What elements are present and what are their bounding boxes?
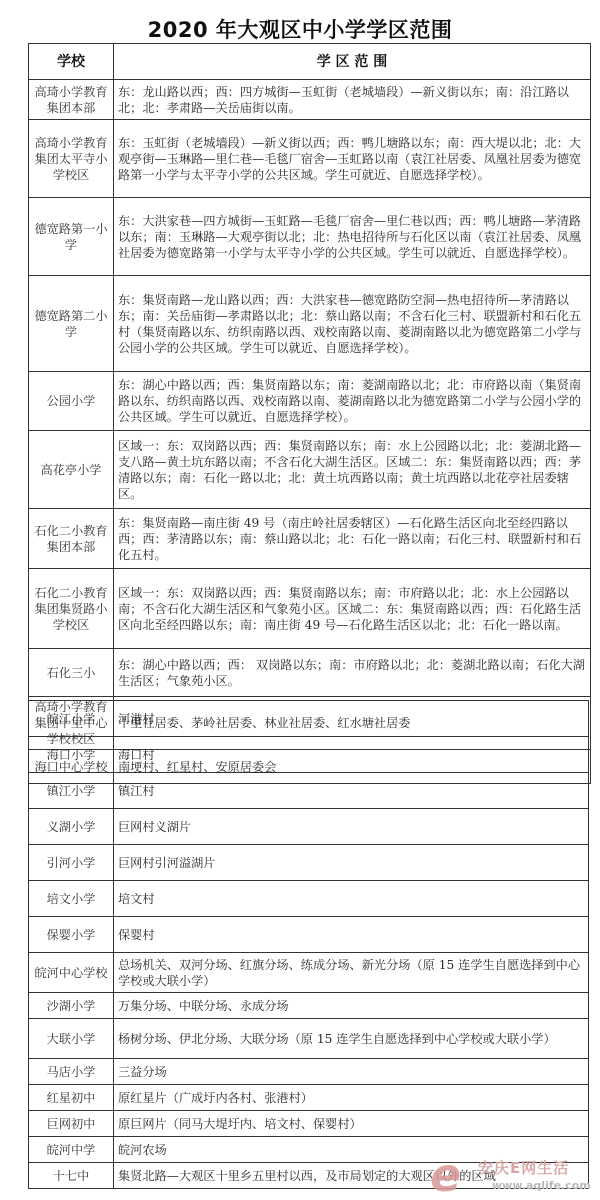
school-name-cell: 大联小学 [29, 1019, 114, 1059]
table-row: 高花亭小学区域一：东：双岗路以西；西：集贤南路以东；南：水上公园路以北；北：菱湖… [29, 431, 591, 509]
table-row: 石化三小东：湖心中路以西；西： 双岗路以东；南：市府路以北；北：菱湖北路以南；石… [29, 649, 591, 697]
district-area-cell: 总场机关、双河分场、红旗分场、练成分场、新光分场（原 15 连学生自愿选择到中心… [114, 953, 589, 993]
school-name-cell: 石化二小教育集团集贤路小学校区 [29, 569, 114, 649]
table-row: 培文小学培文村 [29, 881, 589, 917]
watermark-logo-icon: e [430, 1155, 461, 1195]
table-row: 皖河中心学校总场机关、双河分场、红旗分场、练成分场、新光分场（原 15 连学生自… [29, 953, 589, 993]
district-area-cell: 三益分场 [114, 1059, 589, 1085]
table-row: 高琦小学教育集团本部东：龙山路以西；西：四方城街—玉虹街（老城墙段）—新义街以东… [29, 80, 591, 120]
table-row: 德宽路第一小学东：大洪家巷—四方城街—玉虹路—毛毯厂宿舍—里仁巷以西；西：鸭儿塘… [29, 198, 591, 276]
school-name-cell: 石化二小教育集团本部 [29, 509, 114, 569]
table-row: 皖江小学河港村 [29, 701, 589, 737]
district-area-cell: 巨网村义湖片 [114, 809, 589, 845]
school-name-cell: 巨网初中 [29, 1111, 114, 1137]
urban-district-table: 学校 学 区 范 围 高琦小学教育集团本部东：龙山路以西；西：四方城街—玉虹街（… [28, 43, 591, 784]
district-area-cell: 东：湖心中路以西；西： 双岗路以东；南：市府路以北；北：菱湖北路以南；石化大湖生… [114, 649, 591, 697]
district-area-cell: 东：玉虹街（老城墙段）—新义街以西；西：鸭儿塘路以东；南：西大堤以北；北：大观亭… [114, 120, 591, 198]
watermark: e 安庆E网生活 www.aqlife.com [430, 1155, 600, 1200]
table-row: 巨网初中原巨网片（同马大堤圩内、培文村、保婴村） [29, 1111, 589, 1137]
table-row: 石化二小教育集团集贤路小学校区区域一：东：双岗路以西；西：集贤南路以东；南：市府… [29, 569, 591, 649]
district-area-cell: 河港村 [114, 701, 589, 737]
school-name-cell: 高琦小学教育集团本部 [29, 80, 114, 120]
table-row: 引河小学巨网村引河溢湖片 [29, 845, 589, 881]
table-row: 石化二小教育集团本部东：集贤南路—南庄街 49 号（南庄岭社居委辖区）—石化路生… [29, 509, 591, 569]
table-row: 义湖小学巨网村义湖片 [29, 809, 589, 845]
table-row: 保婴小学保婴村 [29, 917, 589, 953]
school-name-cell: 德宽路第一小学 [29, 198, 114, 276]
school-name-cell: 镇江小学 [29, 773, 114, 809]
district-area-cell: 保婴村 [114, 917, 589, 953]
district-area-cell: 东：湖心中路以西；西：集贤南路以东；南：菱湖南路以北；北：市府路以南（集贤南路以… [114, 372, 591, 431]
school-name-cell: 红星初中 [29, 1085, 114, 1111]
district-area-cell: 杨树分场、伊北分场、大联分场（原 15 连学生自愿选择到中心学校或大联小学） [114, 1019, 589, 1059]
school-name-cell: 高琦小学教育集团太平寺小学校区 [29, 120, 114, 198]
watermark-brand: 安庆E网生活 [478, 1157, 569, 1178]
header-school: 学校 [29, 44, 114, 80]
school-name-cell: 海口小学 [29, 737, 114, 773]
table-row: 德宽路第二小学东：集贤南路—龙山路以西；西：大洪家巷—德宽路防空洞—热电招待所—… [29, 276, 591, 372]
table-row: 马店小学三益分场 [29, 1059, 589, 1085]
district-area-cell: 东：大洪家巷—四方城街—玉虹路—毛毯厂宿舍—里仁巷以西；西：鸭儿塘路—茅清路以东… [114, 198, 591, 276]
school-name-cell: 公园小学 [29, 372, 114, 431]
district-area-cell: 海口村 [114, 737, 589, 773]
table-row: 海口小学海口村 [29, 737, 589, 773]
school-name-cell: 保婴小学 [29, 917, 114, 953]
school-name-cell: 德宽路第二小学 [29, 276, 114, 372]
district-area-cell: 原红星片（广成圩内各村、张港村） [114, 1085, 589, 1111]
page-title: 2020 年大观区中小学学区范围 [0, 14, 600, 44]
header-area: 学 区 范 围 [114, 44, 591, 80]
school-name-cell: 引河小学 [29, 845, 114, 881]
district-area-cell: 镇江村 [114, 773, 589, 809]
table-header-row: 学校 学 区 范 围 [29, 44, 591, 80]
district-area-cell: 万集分场、中联分场、永成分场 [114, 993, 589, 1019]
table-row: 高琦小学教育集团太平寺小学校区东：玉虹街（老城墙段）—新义街以西；西：鸭儿塘路以… [29, 120, 591, 198]
school-name-cell: 义湖小学 [29, 809, 114, 845]
district-area-cell: 巨网村引河溢湖片 [114, 845, 589, 881]
school-name-cell: 沙湖小学 [29, 993, 114, 1019]
table-row: 红星初中原红星片（广成圩内各村、张港村） [29, 1085, 589, 1111]
school-name-cell: 皖江小学 [29, 701, 114, 737]
district-area-cell: 培文村 [114, 881, 589, 917]
school-name-cell: 石化三小 [29, 649, 114, 697]
district-area-cell: 东：集贤南路—龙山路以西；西：大洪家巷—德宽路防空洞—热电招待所—茅清路以东；南… [114, 276, 591, 372]
school-name-cell: 十七中 [29, 1163, 114, 1189]
district-area-cell: 原巨网片（同马大堤圩内、培文村、保婴村） [114, 1111, 589, 1137]
school-name-cell: 皖河中学 [29, 1137, 114, 1163]
district-area-cell: 东：集贤南路—南庄街 49 号（南庄岭社居委辖区）—石化路生活区向北至经四路以西… [114, 509, 591, 569]
table-row: 公园小学东：湖心中路以西；西：集贤南路以东；南：菱湖南路以北；北：市府路以南（集… [29, 372, 591, 431]
school-name-cell: 皖河中心学校 [29, 953, 114, 993]
school-name-cell: 培文小学 [29, 881, 114, 917]
table-row: 沙湖小学万集分场、中联分场、永成分场 [29, 993, 589, 1019]
watermark-url: www.aqlife.com [492, 1179, 591, 1192]
district-area-cell: 区域一：东：双岗路以西；西：集贤南路以东；南：水上公园路以北；北：菱湖北路—支八… [114, 431, 591, 509]
district-area-cell: 东：龙山路以西；西：四方城街—玉虹街（老城墙段）—新义街以东；南：沿江路以北；北… [114, 80, 591, 120]
school-name-cell: 马店小学 [29, 1059, 114, 1085]
table-row: 镇江小学镇江村 [29, 773, 589, 809]
table-row: 大联小学杨树分场、伊北分场、大联分场（原 15 连学生自愿选择到中心学校或大联小… [29, 1019, 589, 1059]
district-area-cell: 区域一：东：双岗路以西；西：集贤南路以东；南：市府路以北；北：水上公园路以南；不… [114, 569, 591, 649]
rural-district-table: 皖江小学河港村海口小学海口村镇江小学镇江村义湖小学巨网村义湖片引河小学巨网村引河… [28, 700, 589, 1189]
school-name-cell: 高花亭小学 [29, 431, 114, 509]
